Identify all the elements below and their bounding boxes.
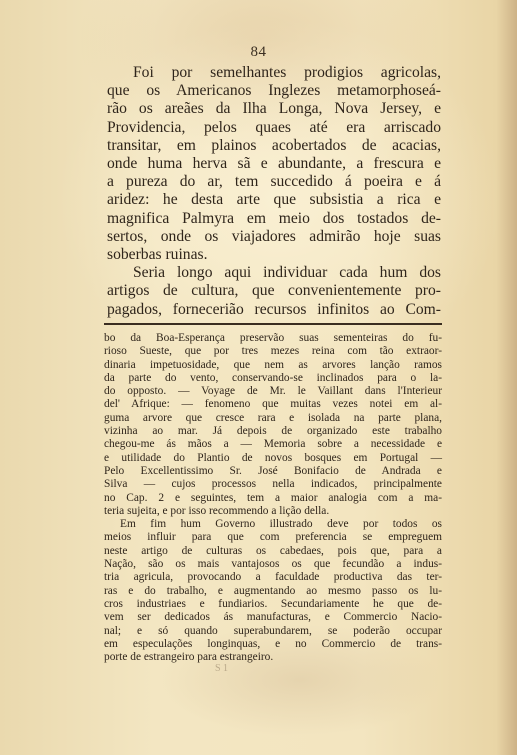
text-line: Seria longo aqui individuar cada hum dos <box>107 264 441 282</box>
text-line: aridez: he desta arte que subsistia a ri… <box>107 191 441 209</box>
text-line: que os Americanos Inglezes metamorphoseá… <box>107 82 441 100</box>
text-line: soberbas ruinas. <box>107 246 441 264</box>
footnote-line: do opposto. — Voyage de Mr. le Vaillant … <box>104 385 442 398</box>
footnote-line: ras e do trabalho, e augmentando ao mesm… <box>104 585 442 598</box>
footnote-line: Nação, são os mais vantajosos os que fec… <box>104 558 442 571</box>
paragraph-2: Seria longo aqui individuar cada hum dos… <box>107 264 441 319</box>
text-line: Providencia, pelos quaes até era arrisca… <box>107 119 441 137</box>
footnote-line: meios influir para que com preferencia s… <box>104 531 442 544</box>
text-line: Foi por semelhantes prodigios agricolas, <box>107 64 441 82</box>
text-line: artigos de cultura, que convenientemente… <box>107 282 441 300</box>
footnote-block: bo da Boa-Esperança preservão suas semen… <box>104 332 442 664</box>
footnote-line: nal; e só quando superabundarem, se pode… <box>104 625 442 638</box>
footnote-continuation: Em fim hum Governo illustrado deve por t… <box>104 518 442 664</box>
text-line: pagados, fornecerião recursos infinitos … <box>107 301 441 319</box>
footnote-line: tria agricula, provocando a faculdade pr… <box>104 571 442 584</box>
paragraph-1: Foi por semelhantes prodigios agricolas,… <box>107 64 441 264</box>
footnote-line: vem ser dedicados ás manufacturas, e Com… <box>104 611 442 624</box>
footnote-line: vizinha ao mar. Já depois de organizado … <box>104 425 442 438</box>
footnote-rule <box>104 323 442 325</box>
text-line: sertos, onde os viajadores admirão hoje … <box>107 228 441 246</box>
footnote-line: del' Afrique: — fenomeno que muitas veze… <box>104 398 442 411</box>
footnote-line: Silva — cujos processos nella indicados,… <box>104 478 442 491</box>
footnote-line: rioso Sueste, que por tres mezes reina c… <box>104 345 442 358</box>
text-line: a pureza do ar, tem succedido á poeira e… <box>107 173 441 191</box>
footnote-line: dinaria impetuosidade, que nem as arvore… <box>104 359 442 372</box>
footnote-line: e utilidade do Plantio de novos bosques … <box>104 452 442 465</box>
footnote-text: bo da Boa-Esperança preservão suas semen… <box>104 332 442 518</box>
page-number: 84 <box>0 44 517 61</box>
footnote-line: bo da Boa-Esperança preservão suas semen… <box>104 332 442 345</box>
footnote-line: Em fim hum Governo illustrado deve por t… <box>104 518 442 531</box>
main-text-block: Foi por semelhantes prodigios agricolas,… <box>107 64 441 319</box>
footnote-line: porte de estrangeiro para estrangeiro. <box>104 651 442 664</box>
footnote-line: neste artigo de culturas os cabedaes, po… <box>104 545 442 558</box>
footnote-line: chegou-me ás mãos a — Memoria sobre a ne… <box>104 438 442 451</box>
footnote-line: teria sujeita, e por isso recommendo a l… <box>104 505 442 518</box>
text-line: onde huma herva sã e abundante, a frescu… <box>107 155 441 173</box>
text-line: magnifica Palmyra em meio dos tostados d… <box>107 210 441 228</box>
footnote-line: da parte do vento, conservando-se inclin… <box>104 372 442 385</box>
text-line: rão os areães da Ilha Longa, Nova Jersey… <box>107 100 441 118</box>
show-through-text: S 1 <box>215 663 228 674</box>
footnote-line: cros industriaes e fundiarios. Secundari… <box>104 598 442 611</box>
text-line: transitar, em plainos acobertados de aca… <box>107 137 441 155</box>
footnote-line: guma arvore que cresce rara e isolada na… <box>104 412 442 425</box>
footnote-line: no Cap. 2 e seguintes, tem a maior analo… <box>104 492 442 505</box>
footnote-line: Pelo Excellentissimo Sr. José Bonifacio … <box>104 465 442 478</box>
footnote-line: em especulações longinquas, e no Commerc… <box>104 638 442 651</box>
